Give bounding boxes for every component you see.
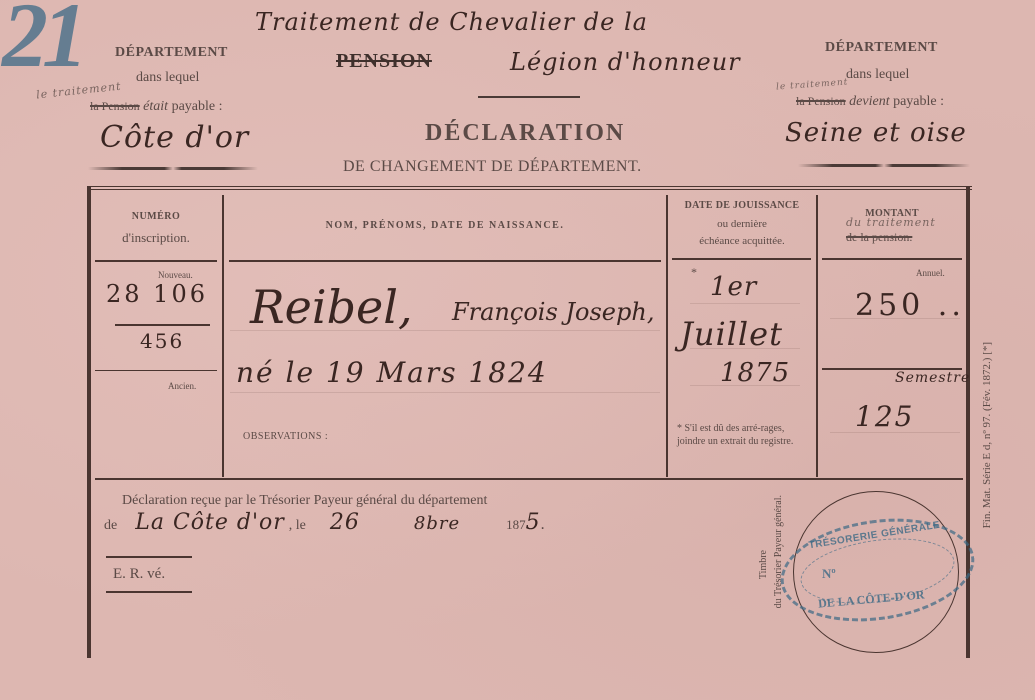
table-left-border: [87, 186, 91, 658]
year-handwritten: 5: [526, 510, 541, 535]
ancien-rule: [95, 370, 217, 371]
table-right-border: [966, 186, 970, 658]
right-department-line2: dans lequel: [846, 67, 909, 83]
form-reference: Fin. Mat. Série E d, nº 97. (Fév. 1872.)…: [981, 342, 993, 528]
date-day: 1er: [710, 272, 757, 302]
surname: Reibel,: [250, 280, 413, 334]
right-department-line3: la Pension devient payable :: [796, 94, 944, 110]
arrerages-footnote: * S'il est dû des arré-rages, joindre un…: [677, 422, 812, 448]
left-department-struck-word: la Pension: [90, 99, 140, 113]
right-department-italic-word: devient: [849, 94, 889, 109]
annuel-label: Annuel.: [916, 268, 945, 278]
corner-stamp-number: 21: [2, 0, 82, 88]
nom-header: NOM, PRÉNOMS, DATE DE NAISSANCE.: [229, 220, 661, 231]
header-rule-2: [229, 260, 661, 262]
declaration-title: DÉCLARATION: [425, 120, 625, 147]
faint-rule: [690, 303, 800, 304]
le-label: , le: [289, 518, 306, 533]
initials-top-rule: [106, 556, 192, 558]
body-bottom-rule: [95, 478, 963, 480]
left-department-value: Côte d'or: [100, 120, 249, 155]
nouveau-label: Nouveau.: [158, 270, 193, 280]
numero-header-line2: d'inscription.: [95, 230, 217, 246]
stamp-number-text: Nº: [822, 566, 836, 582]
semestre-label: Semestre: [895, 370, 970, 386]
left-department-heading: DÉPARTEMENT: [115, 45, 228, 61]
numero-header-line1: NUMÉRO: [95, 211, 217, 222]
year-prefix: 187: [506, 517, 526, 532]
date-month: Juillet: [680, 315, 783, 353]
printed-pension-struck: PENSION: [336, 50, 432, 73]
header-rule-3: [672, 258, 811, 260]
date-year: 1875: [720, 358, 790, 388]
handwritten-title-line2: Légion d'honneur: [510, 48, 741, 76]
received-line2: de La Côte d'or , le 26 8bre 1875.: [104, 510, 545, 535]
date-asterisk: *: [691, 265, 697, 280]
declaration-subtitle: DE CHANGEMENT DE DÉPARTEMENT.: [343, 158, 642, 176]
initials-bottom-rule: [106, 591, 192, 593]
right-department-handwritten-replacement: le traitement: [776, 77, 849, 92]
header-rule-4: [822, 258, 962, 260]
de-label: de: [104, 518, 117, 533]
annuel-value: 250 ..: [855, 288, 965, 323]
ancien-label: Ancien.: [168, 381, 196, 391]
left-department-flourish: [88, 167, 258, 170]
handwritten-title-line1: Traitement de Chevalier de la: [255, 8, 648, 36]
col-sep-3: [816, 195, 818, 477]
faint-rule: [230, 392, 660, 393]
observations-label: OBSERVATIONS :: [243, 431, 328, 442]
initials: E. R. vé.: [113, 566, 165, 583]
left-department-line2: dans lequel: [136, 70, 199, 86]
document-paper: 21 DÉPARTEMENT dans lequel le traitement…: [0, 0, 1035, 700]
date-header-line1: DATE DE JOUISSANCE: [668, 200, 816, 211]
date-header-line2: ou dernière: [668, 218, 816, 230]
title-rule: [478, 96, 580, 98]
left-department-line3: la Pension était payable :: [90, 99, 222, 115]
right-department-flourish: [798, 164, 970, 167]
date-header-line3: échéance acquittée.: [668, 235, 816, 247]
timbre-label: Timbre: [758, 550, 769, 579]
right-department-heading: DÉPARTEMENT: [825, 40, 938, 56]
nouveau-sub-number: 456: [140, 329, 184, 353]
birth-line: né le 19 Mars 1824: [236, 356, 548, 389]
given-names: François Joseph,: [452, 298, 654, 326]
left-department-payable: payable :: [172, 99, 223, 114]
numero-fraction-rule: [115, 324, 210, 326]
received-day: 26: [330, 510, 360, 535]
montant-header-struck: de la pension.: [846, 230, 912, 245]
nouveau-number: 28 106: [106, 280, 208, 308]
department-handwritten: La Côte d'or: [135, 510, 285, 535]
left-department-italic-word: était: [143, 99, 168, 114]
semestre-value: 125: [855, 400, 914, 433]
col-sep-1: [222, 195, 224, 477]
right-department-payable: payable :: [893, 94, 944, 109]
montant-header-handwritten: du traitement: [846, 216, 936, 229]
received-month: 8bre: [414, 513, 460, 534]
right-department-value: Seine et oise: [785, 118, 967, 148]
received-text: Déclaration reçue par le Trésorier Payeu…: [122, 493, 487, 509]
right-department-struck-word: la Pension: [796, 94, 846, 108]
header-rule-1: [95, 260, 217, 262]
